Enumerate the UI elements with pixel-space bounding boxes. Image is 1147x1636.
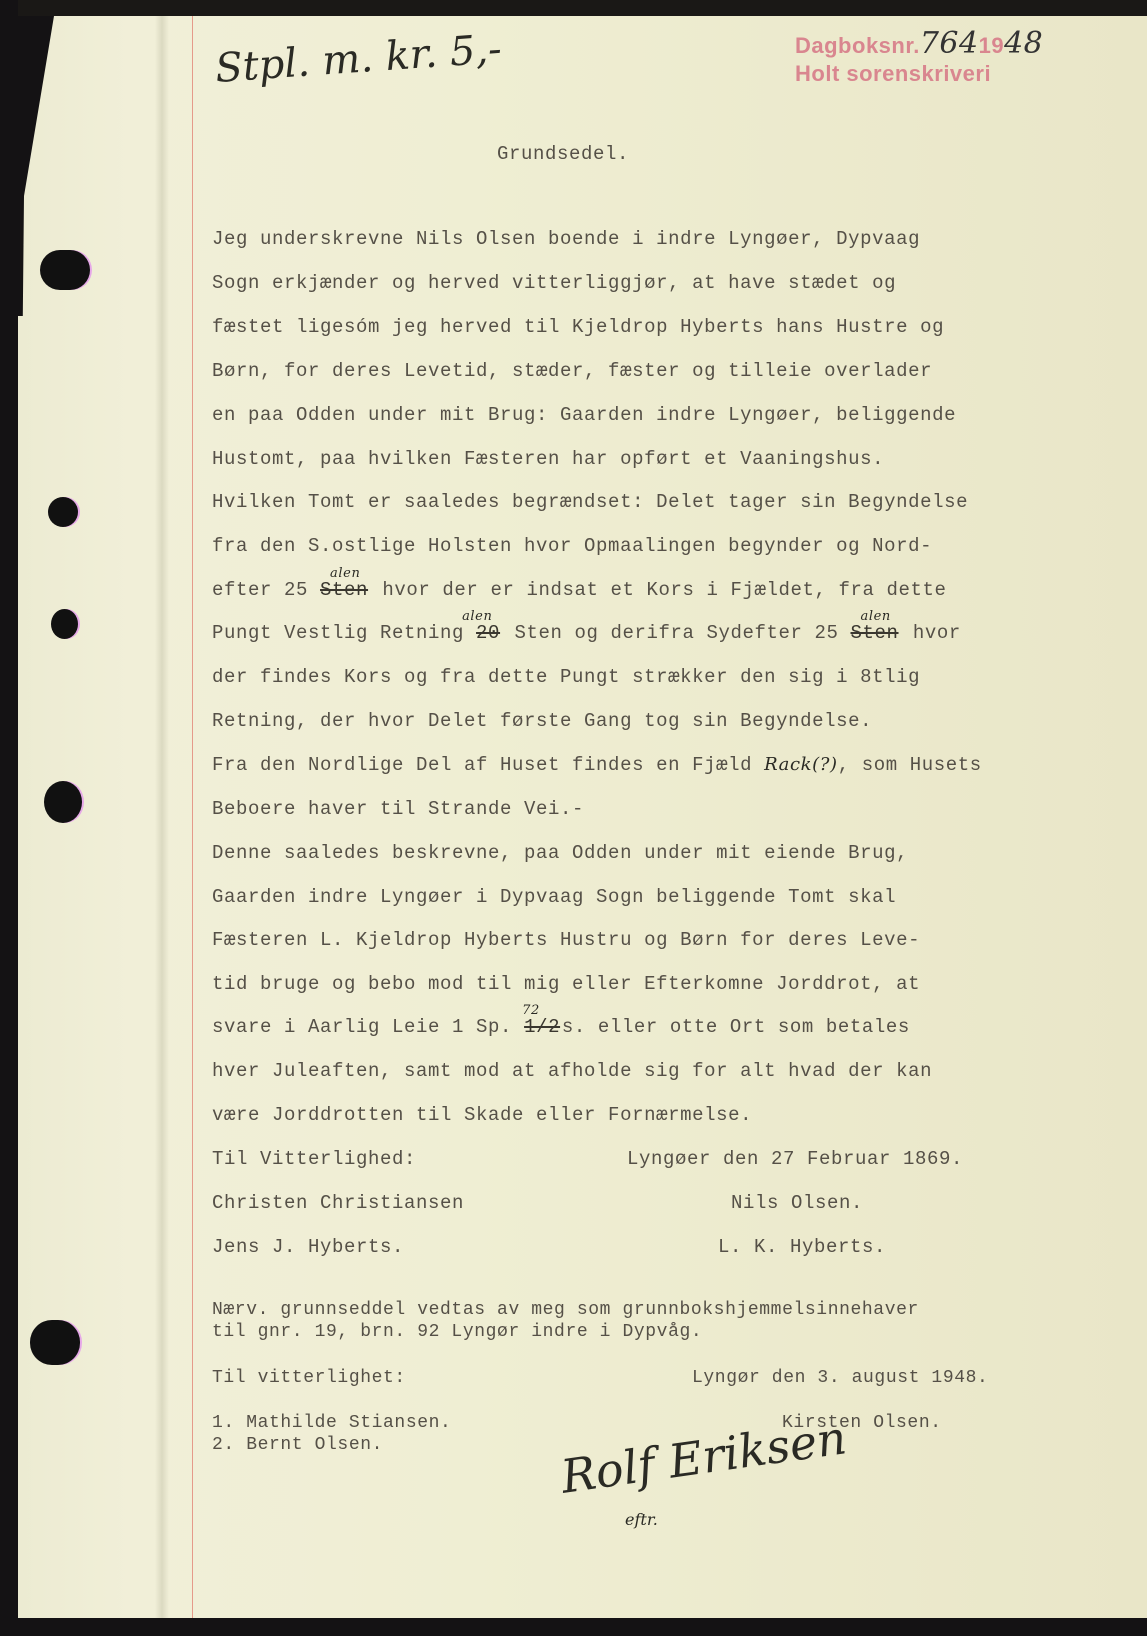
witness-label: Til vitterlighet: [212,1368,406,1388]
stamp-office: Holt sorenskriveri [795,60,1043,88]
registry-stamp: Dagboksnr.7641948 Holt sorenskriveri [795,30,1043,88]
struck-text: Sten [851,622,899,644]
body-line: fæstet ligesóm jeg herved til Kjeldrop H… [212,316,944,338]
body-line: Fæsteren L. Kjeldrop Hyberts Hustru og B… [212,929,920,951]
body-line: Hustomt, paa hvilken Fæsteren har opført… [212,448,884,470]
punch-hole-icon [44,781,82,823]
body-line-with-correction: Pungt Vestlig Retning 20alen Sten og der… [212,622,961,644]
body-line: Sogn erkjænder og herved vitterliggjør, … [212,272,896,294]
body-line: der findes Kors og fra dette Pungt stræk… [212,666,920,688]
approval-line: Nærv. grunnseddel vedtas av meg som grun… [212,1300,919,1320]
stamp-year-printed: 19 [979,33,1004,58]
stamp-label: Dagboksnr. [795,33,920,58]
signer-name: Nils Olsen. [731,1192,863,1214]
body-line: tid bruge og bebo mod til mig eller Efte… [212,973,920,995]
witness-name: 2. Bernt Olsen. [212,1435,383,1455]
body-line-with-handwriting: Fra den Nordlige Del af Huset findes en … [212,754,982,776]
body-line: Retning, der hvor Delet første Gang tog … [212,710,872,732]
place-date: Lyngøer den 27 Februar 1869. [627,1148,963,1170]
margin-line [192,16,193,1618]
paper-fold [155,16,169,1618]
approval-line: til gnr. 19, brn. 92 Lyngør indre i Dypv… [212,1322,702,1342]
witness-name: 1. Mathilde Stiansen. [212,1413,451,1433]
body-line: være Jorddrotten til Skade eller Fornærm… [212,1104,752,1126]
punch-hole-icon [51,609,78,639]
body-line: Gaarden indre Lyngøer i Dypvaag Sogn bel… [212,886,896,908]
body-line: fra den S.ostlige Holsten hvor Opmaaling… [212,535,932,557]
body-line-with-correction: efter 25 Stenalen hvor der er indsat et … [212,579,947,601]
body-line-with-correction: svare i Aarlig Leie 1 Sp. 1/272 s. eller… [212,1016,910,1038]
punch-hole-icon [30,1320,80,1365]
handwritten-correction: alen [462,609,492,624]
handwritten-insert: Rack(?) [764,754,838,775]
handwritten-correction: alen [861,609,891,624]
scan-bottom-border [0,1618,1147,1636]
punch-hole-icon [40,250,90,290]
stamp-number: 764 [920,26,979,61]
place-date: Lyngør den 3. august 1948. [692,1368,988,1388]
struck-text: Sten [320,579,368,601]
witness-name: Jens J. Hyberts. [212,1236,404,1258]
body-line: Hvilken Tomt er saaledes begrændset: Del… [212,491,968,513]
witness-name: Christen Christiansen [212,1192,464,1214]
signature-suffix: eftr. [625,1510,658,1529]
scan-top-border [0,0,1147,16]
handwritten-correction: 72 [522,1003,540,1018]
punch-hole-icon [48,497,78,527]
witness-label: Til Vitterlighed: [212,1148,416,1170]
scan-left-border [0,0,18,1636]
body-line: hver Juleaften, samt mod at afholde sig … [212,1060,932,1082]
body-line: Beboere haver til Strande Vei.- [212,798,584,820]
body-line: en paa Odden under mit Brug: Gaarden ind… [212,404,956,426]
handwritten-correction: alen [330,566,360,581]
body-line: Denne saaledes beskrevne, paa Odden unde… [212,842,908,864]
document-title: Grundsedel. [497,143,629,165]
signer-name: L. K. Hyberts. [718,1236,886,1258]
body-line: Jeg underskrevne Nils Olsen boende i ind… [212,228,920,250]
struck-text: 20 [476,622,500,644]
stamp-year-handwritten: 48 [1004,26,1043,61]
body-line: Børn, for deres Levetid, stæder, fæster … [212,360,932,382]
